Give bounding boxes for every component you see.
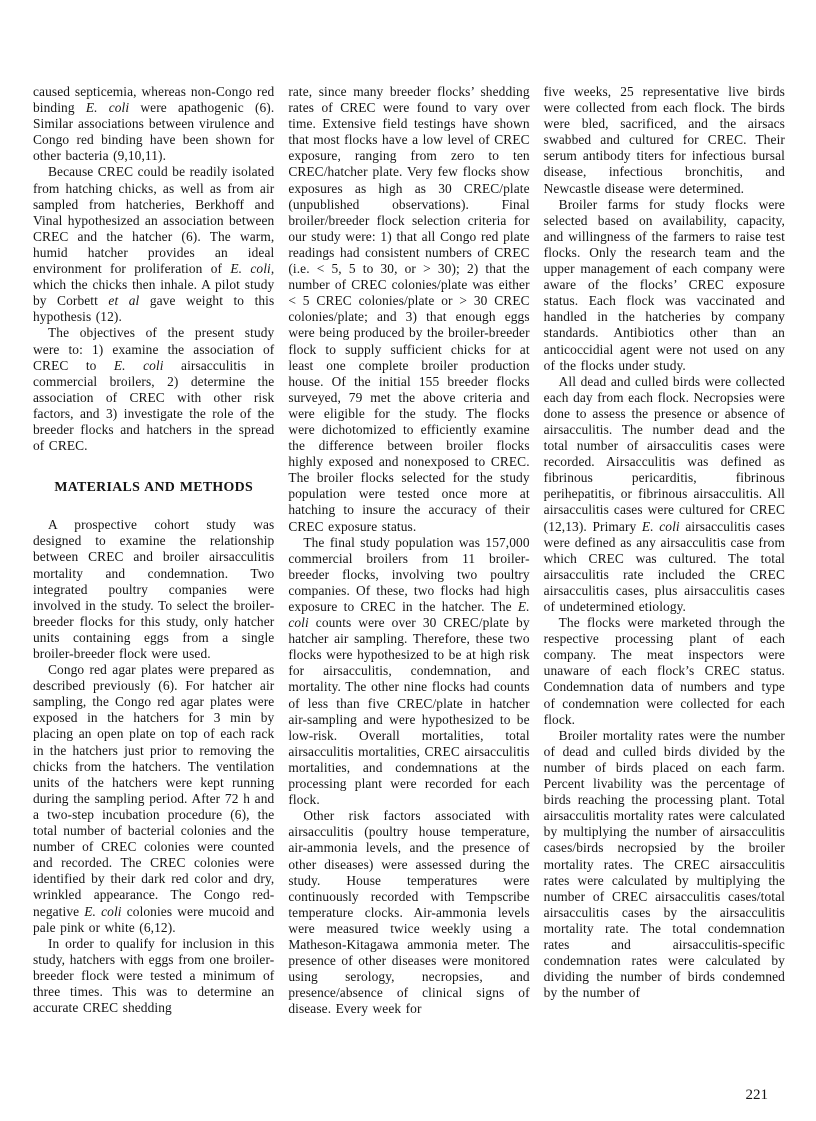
section-heading: MATERIALS AND METHODS: [33, 480, 274, 496]
text-column-3: five weeks, 25 representative live birds…: [544, 84, 785, 1017]
page-number: 221: [746, 1086, 769, 1104]
text-columns: caused septicemia, whereas non-Congo red…: [33, 84, 785, 1017]
journal-page: caused septicemia, whereas non-Congo red…: [0, 0, 816, 1121]
paragraph: In order to qualify for inclusion in thi…: [33, 936, 274, 1016]
paragraph: The objectives of the present study were…: [33, 325, 274, 454]
paragraph: Broiler mortality rates were the number …: [544, 728, 785, 1002]
paragraph: Broiler farms for study flocks were sele…: [544, 197, 785, 374]
paragraph: The final study population was 157,000 c…: [288, 535, 529, 809]
paragraph: caused septicemia, whereas non-Congo red…: [33, 84, 274, 164]
text-column-1: caused septicemia, whereas non-Congo red…: [33, 84, 274, 1017]
paragraph: rate, since many breeder flocks’ sheddin…: [288, 84, 529, 535]
paragraph: Congo red agar plates were prepared as d…: [33, 662, 274, 936]
paragraph: A prospective cohort study was designed …: [33, 517, 274, 662]
paragraph: Other risk factors associated with airsa…: [288, 808, 529, 1017]
paragraph: five weeks, 25 representative live birds…: [544, 84, 785, 197]
paragraph: Because CREC could be readily isolated f…: [33, 164, 274, 325]
paragraph: The flocks were marketed through the res…: [544, 615, 785, 728]
paragraph: All dead and culled birds were collected…: [544, 374, 785, 615]
text-column-2: rate, since many breeder flocks’ sheddin…: [288, 84, 529, 1017]
